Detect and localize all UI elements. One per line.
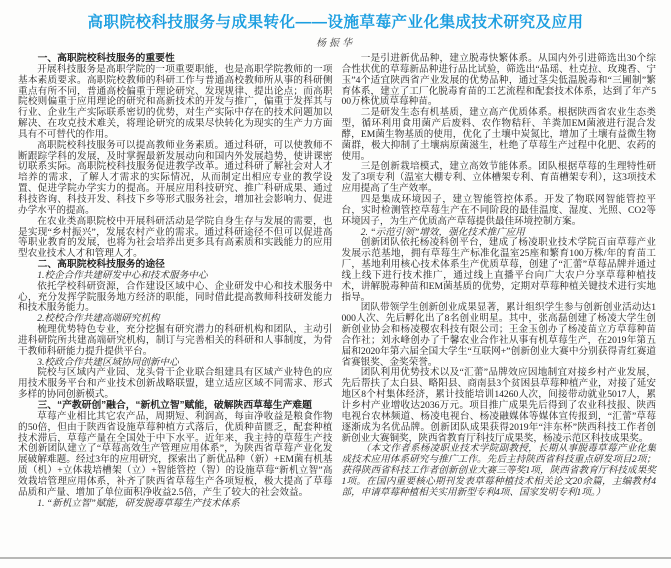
paragraph: 开展科技服务是高职学院的一项重要职能，也是高职学院教师的一项基本素质要求。高职院… <box>18 65 333 141</box>
paragraph: 院校与区域内产业园、龙头骨干企业联合组建具有区域产业特色的应用技术服务平台和产业… <box>18 368 333 401</box>
paragraph: 三是创新栽培模式，建立高效节能体系。团队根据草莓的生理特性研发了3项专利（温室大… <box>342 162 657 195</box>
paragraph: 在农业类高职院校中开展科研活动是学院自身生存与发展的需要，也是实现“乡村振兴”，… <box>18 217 333 260</box>
paragraph: 高职院校科技服务可以提高教师业务素质。通过科研，可以使教师不断跟踪学科的发展，及… <box>18 141 333 217</box>
article-columns: 一、高职院校科技服务的重要性开展科技服务是高职学院的一项重要职能，也是高职学院教… <box>18 54 656 554</box>
article-column-left: 一、高职院校科技服务的重要性开展科技服务是高职学院的一项重要职能，也是高职学院教… <box>18 54 333 554</box>
sub-heading: 1. “新机立智”赋能，研发脱毒草莓生产技术体系 <box>18 499 333 510</box>
paragraph: 创新团队依托杨凌科创平台，建成了杨凌职业技术学院百亩草莓产业发展示范基地，拥有草… <box>342 238 657 303</box>
paragraph: 草莓产业相比其它农产品，周期短、利润高，每亩净收益是粮食作物的50倍，但由于陕西… <box>18 412 333 499</box>
paragraph: 四是集成环境因子，建立智能管控体系。开发了物联网智能管控平台，实时检测管控草莓生… <box>342 195 657 228</box>
paragraph: 二是研发生态有机基质，建立高产优质体系。根据陕西省农业生态类型，循环利用食用菌产… <box>342 108 657 162</box>
footer-divider <box>0 557 671 559</box>
article-column-right: 一是引进新优品种，建立脱毒快繁体系。从国内外引进筛选出30个综合性状优的草莓新品… <box>342 54 657 554</box>
paragraph: 团队带领学生创新创业成果显著，累计组织学生参与创新创业活动达1000人次、先后孵… <box>342 303 657 368</box>
paragraph: 梳理优势特色专业，充分挖掘有研究潜力的科研机构和团队，主动引进科研院所共建高端研… <box>18 325 333 358</box>
article-page: 高职院校科技服务与成果转化——设施草莓产业化集成技术研究及应用 杨振华 一、高职… <box>0 0 671 568</box>
page-title: 高职院校科技服务与成果转化——设施草莓产业化集成技术研究及应用 <box>10 10 661 32</box>
paragraph: 一是引进新优品种，建立脱毒快繁体系。从国内外引进筛选出30个综合性状优的草莓新品… <box>342 54 657 108</box>
author-note: （本文作者系杨凌职业技术学院副教授，长期从事脱毒草莓产业化集成技术应用体系研究与… <box>342 444 657 498</box>
author-name: 杨振华 <box>0 34 671 49</box>
paragraph: 团队利用优势技术以及“汇蕾”品牌效应因地制宜对接乡村产业发展，先后帮扶了太白县、… <box>342 368 657 444</box>
paragraph: 依托学校科研资源，合作建设区域中心、企业研发中心和技术服务中心，充分发挥学院服务… <box>18 282 333 315</box>
